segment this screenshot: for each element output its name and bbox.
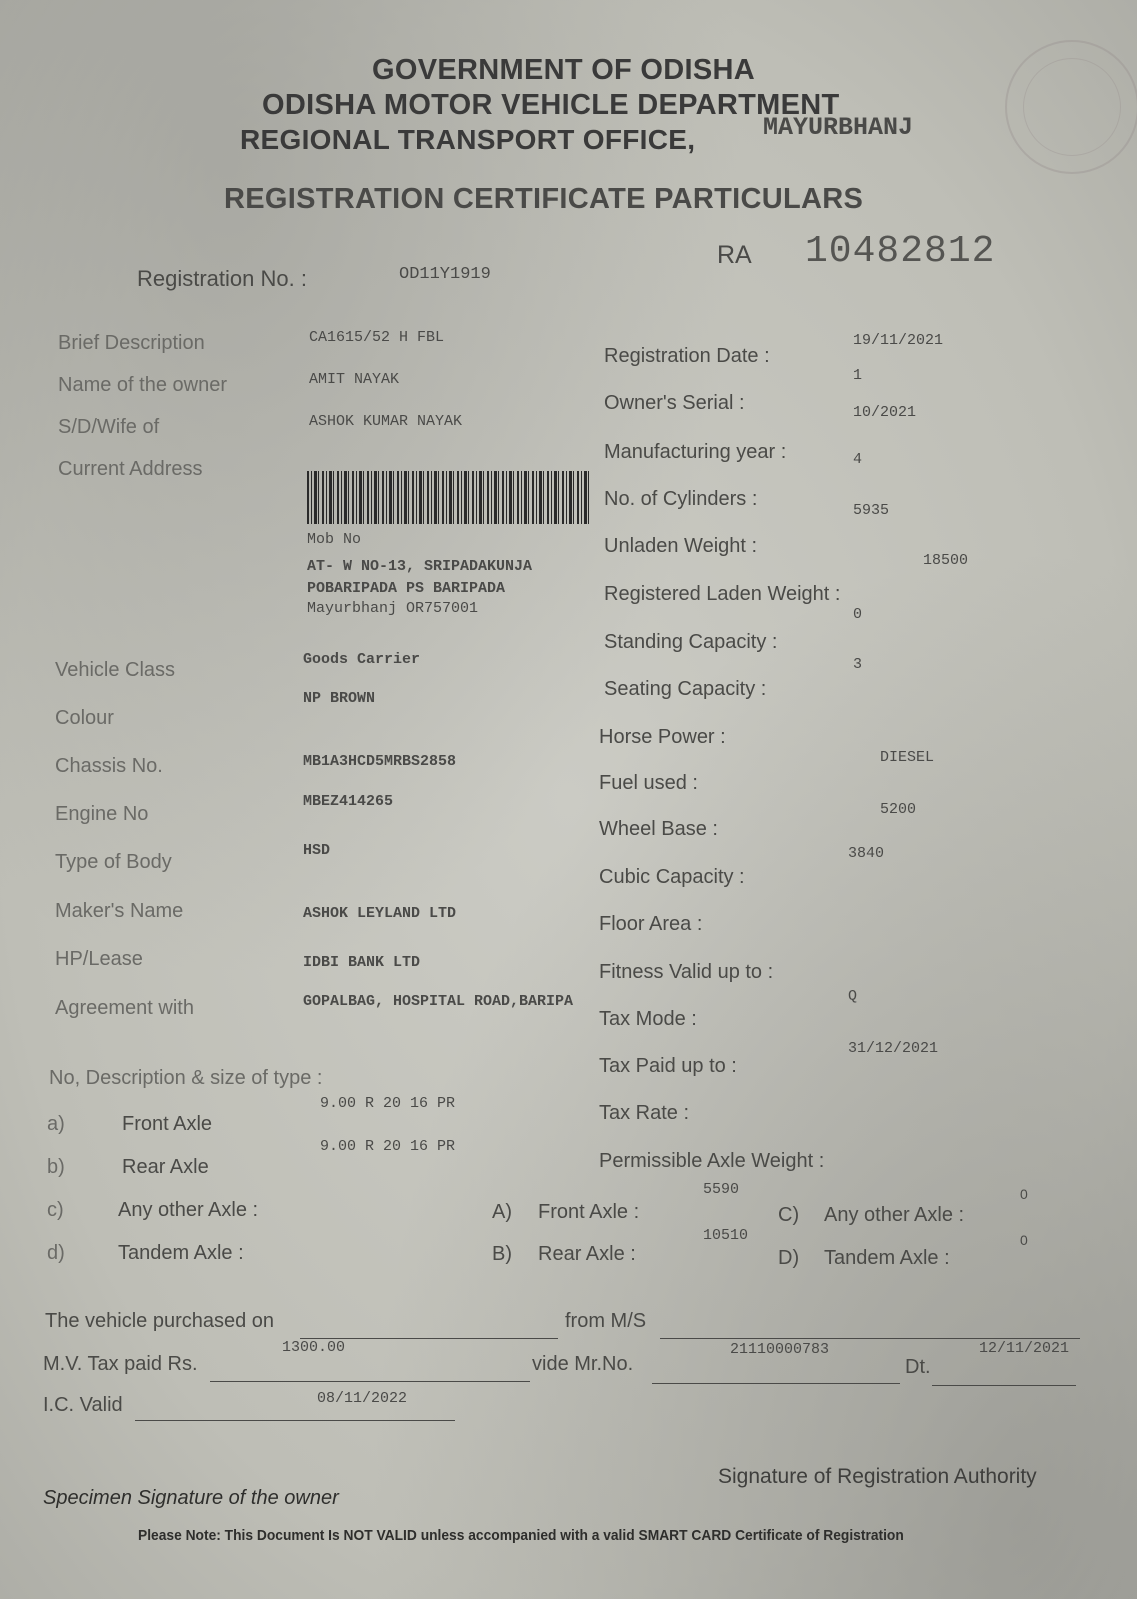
field-value: NP BROWN: [303, 690, 375, 707]
header-government: GOVERNMENT OF ODISHA: [372, 54, 755, 87]
field-label: Agreement with: [55, 997, 194, 1020]
spec-value: DIESEL: [880, 749, 934, 766]
field-label: Colour: [55, 707, 114, 730]
barcode: [307, 471, 590, 524]
registration-no-label: Registration No. :: [137, 266, 307, 292]
spec-label: Fitness Valid up to :: [599, 961, 773, 984]
axle-weight-value: 5590: [703, 1181, 739, 1198]
spec-value: 10/2021: [853, 404, 916, 421]
registration-no-value: OD11Y1919: [399, 265, 491, 284]
tyre-axle-label: Front Axle: [122, 1113, 212, 1136]
axle-weight-value: 0: [1020, 1186, 1028, 1202]
spec-label: Permissible Axle Weight :: [599, 1150, 824, 1173]
axle-index: A): [492, 1201, 512, 1224]
spec-label: No. of Cylinders :: [604, 488, 757, 511]
axle-weight-value: 0: [1020, 1232, 1028, 1248]
field-value: ASHOK LEYLAND LTD: [303, 905, 456, 922]
spec-label: Unladen Weight :: [604, 535, 757, 558]
spec-label: Owner's Serial :: [604, 392, 745, 415]
axle-weight-value: 10510: [703, 1227, 748, 1244]
header-department: ODISHA MOTOR VEHICLE DEPARTMENT: [262, 89, 840, 122]
dt-value: 12/11/2021: [979, 1340, 1069, 1357]
mob-no-label: Mob No: [307, 531, 361, 548]
spec-label: Horse Power :: [599, 726, 726, 749]
spec-value: 19/11/2021: [853, 332, 943, 349]
page-title: REGISTRATION CERTIFICATE PARTICULARS: [224, 183, 863, 216]
tax-paid-value: 1300.00: [282, 1339, 345, 1356]
purchased-on-label: The vehicle purchased on: [45, 1310, 274, 1333]
axle-label: Rear Axle :: [538, 1243, 636, 1266]
spec-label: Seating Capacity :: [604, 678, 766, 701]
header-rto: REGIONAL TRANSPORT OFFICE,: [240, 124, 695, 156]
spec-value: 18500: [923, 552, 968, 569]
field-label: Brief Description: [58, 332, 205, 355]
authority-signature-label: Signature of Registration Authority: [718, 1465, 1037, 1489]
ic-valid-label: I.C. Valid: [43, 1394, 123, 1417]
spec-label: Wheel Base :: [599, 818, 718, 841]
field-value: ASHOK KUMAR NAYAK: [309, 413, 462, 430]
spec-value: 1: [853, 367, 862, 384]
spec-label: Tax Mode :: [599, 1008, 697, 1031]
ra-number: 10482812: [805, 230, 995, 273]
spec-value: 31/12/2021: [848, 1040, 938, 1057]
spec-label: Manufacturing year :: [604, 441, 786, 464]
address-line-2: POBARIPADA PS BARIPADA: [307, 580, 505, 597]
field-value: Goods Carrier: [303, 651, 420, 668]
office-seal-stamp: [1005, 40, 1137, 174]
field-value: MB1A3HCD5MRBS2858: [303, 753, 456, 770]
tyre-index: d): [47, 1242, 65, 1265]
tyre-axle-label: Tandem Axle :: [118, 1242, 244, 1265]
spec-label: Tax Rate :: [599, 1102, 689, 1125]
field-label: Name of the owner: [58, 374, 227, 397]
spec-label: Fuel used :: [599, 772, 698, 795]
spec-label: Cubic Capacity :: [599, 866, 745, 889]
vide-mr-no-label: vide Mr.No.: [532, 1353, 633, 1376]
spec-value: 0: [853, 606, 862, 623]
vide-mr-no-value: 21110000783: [730, 1341, 829, 1358]
spec-label: Floor Area :: [599, 913, 702, 936]
field-label: HP/Lease: [55, 948, 143, 971]
tax-paid-label: M.V. Tax paid Rs.: [43, 1353, 198, 1376]
axle-label: Tandem Axle :: [824, 1247, 950, 1270]
field-value: HSD: [303, 842, 330, 859]
field-label: Maker's Name: [55, 900, 183, 923]
tyre-index: b): [47, 1156, 65, 1179]
field-value: AMIT NAYAK: [309, 371, 399, 388]
tax-paid-line: [210, 1381, 530, 1382]
dt-line: [932, 1385, 1076, 1386]
spec-value: 3: [853, 656, 862, 673]
vide-mr-no-line: [652, 1383, 900, 1384]
spec-value: 5200: [880, 801, 916, 818]
tyres-heading: No, Description & size of type :: [49, 1067, 322, 1090]
axle-index: C): [778, 1204, 799, 1227]
validity-note: Please Note: This Document Is NOT VALID …: [138, 1527, 904, 1544]
spec-value: 5935: [853, 502, 889, 519]
field-label: Engine No: [55, 803, 148, 826]
axle-index: D): [778, 1247, 799, 1270]
from-ms-line: [660, 1338, 1080, 1339]
axle-index: B): [492, 1243, 512, 1266]
field-value: IDBI BANK LTD: [303, 954, 420, 971]
tyre-axle-label: Any other Axle :: [118, 1199, 258, 1222]
spec-label: Registration Date :: [604, 345, 770, 368]
address-line-3: Mayurbhanj OR757001: [307, 600, 478, 617]
spec-label: Standing Capacity :: [604, 631, 777, 654]
spec-label: Registered Laden Weight :: [604, 583, 840, 606]
spec-value: 4: [853, 451, 862, 468]
ic-valid-line: [135, 1420, 455, 1421]
field-label: Chassis No.: [55, 755, 163, 778]
tyre-index: a): [47, 1113, 65, 1136]
spec-label: Tax Paid up to :: [599, 1055, 737, 1078]
axle-label: Any other Axle :: [824, 1204, 964, 1227]
field-value: MBEZ414265: [303, 793, 393, 810]
field-value: CA1615/52 H FBL: [309, 329, 444, 346]
field-label: Current Address: [58, 458, 203, 481]
address-line-1: AT- W NO-13, SRIPADAKUNJA: [307, 558, 532, 575]
tyre-size-value: 9.00 R 20 16 PR: [320, 1095, 455, 1112]
owner-signature-label: Specimen Signature of the owner: [43, 1487, 339, 1510]
dt-label: Dt.: [905, 1356, 931, 1379]
tyre-size-value: 9.00 R 20 16 PR: [320, 1138, 455, 1155]
ic-valid-value: 08/11/2022: [317, 1390, 407, 1407]
field-label: Type of Body: [55, 851, 172, 874]
field-label: Vehicle Class: [55, 659, 175, 682]
from-ms-label: from M/S: [565, 1310, 646, 1333]
tyre-index: c): [47, 1199, 64, 1222]
ra-label: RA: [717, 241, 752, 270]
field-label: S/D/Wife of: [58, 416, 159, 439]
office-district: MAYURBHANJ: [763, 113, 913, 142]
spec-value: Q: [848, 988, 857, 1005]
field-value: GOPALBAG, HOSPITAL ROAD,BARIPA: [303, 993, 573, 1010]
spec-value: 3840: [848, 845, 884, 862]
tyre-axle-label: Rear Axle: [122, 1156, 209, 1179]
axle-label: Front Axle :: [538, 1201, 639, 1224]
